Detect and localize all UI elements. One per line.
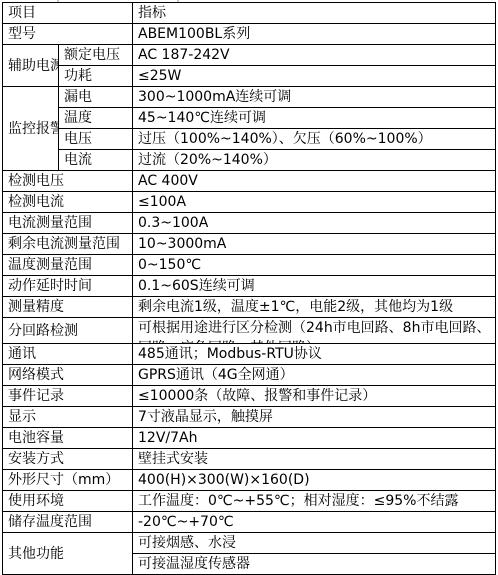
row-label: 事件记录 bbox=[3, 386, 133, 407]
row-value: ≤25W bbox=[133, 66, 496, 87]
table-row: 温度测量范围0~150℃ bbox=[3, 255, 496, 276]
table-row: 监控报警漏电300~1000mA连续可调 bbox=[3, 87, 496, 108]
table-row: 温度45~140℃连续可调 bbox=[3, 108, 496, 129]
row-label: 剩余电流测量范围 bbox=[3, 234, 133, 255]
row-label: 显示 bbox=[3, 407, 133, 428]
row-value: 0.1~60S连续可调 bbox=[133, 276, 496, 297]
table-row: 分回路检测可根据用途进行区分检测（24h市电回路、8h市电回路、定时回路、应急回… bbox=[3, 318, 496, 344]
row-label: 功耗 bbox=[59, 66, 133, 87]
table-row: 电池容量12V/7Ah bbox=[3, 428, 496, 449]
table-row: 辅助电源额定电压AC 187-242V bbox=[3, 45, 496, 66]
row-value: 剩余电流1级，温度±1℃，电能2级，其他均为1级 bbox=[133, 297, 496, 318]
row-label: 测量精度 bbox=[3, 297, 133, 318]
row-value: ≤100A bbox=[133, 192, 496, 213]
row-value: 485通讯；Modbus-RTU协议 bbox=[133, 344, 496, 365]
group-label: 其他功能 bbox=[3, 533, 133, 575]
row-label: 项目 bbox=[3, 3, 133, 24]
row-value: 壁挂式安装 bbox=[133, 449, 496, 470]
row-label: 温度 bbox=[59, 108, 133, 129]
row-value: 10~3000mA bbox=[133, 234, 496, 255]
table-row: 安装方式壁挂式安装 bbox=[3, 449, 496, 470]
table-row: 检测电流≤100A bbox=[3, 192, 496, 213]
row-value: 400(H)×300(W)×160(D) bbox=[133, 470, 496, 491]
row-value: ≤10000条（故障、报警和事件记录） bbox=[133, 386, 496, 407]
table-row: 电流过流（20%~140%） bbox=[3, 150, 496, 171]
document-page: 项目指标型号ABEM100BL系列辅助电源额定电压AC 187-242V功耗≤2… bbox=[0, 0, 498, 575]
row-label: 外形尺寸（mm） bbox=[3, 470, 133, 491]
row-label: 额定电压 bbox=[59, 45, 133, 66]
row-label: 漏电 bbox=[59, 87, 133, 108]
row-value: 过压（100%~140%）、欠压（60%~100%） bbox=[133, 129, 496, 150]
table-row: 电压过压（100%~140%）、欠压（60%~100%） bbox=[3, 129, 496, 150]
table-row: 剩余电流测量范围10~3000mA bbox=[3, 234, 496, 255]
row-label: 检测电压 bbox=[3, 171, 133, 192]
table-row: 测量精度剩余电流1级，温度±1℃，电能2级，其他均为1级 bbox=[3, 297, 496, 318]
row-label: 储存温度范围 bbox=[3, 512, 133, 533]
row-value: 45~140℃连续可调 bbox=[133, 108, 496, 129]
row-label: 电流 bbox=[59, 150, 133, 171]
table-row: 显示7寸液晶显示，触摸屏 bbox=[3, 407, 496, 428]
row-label: 使用环境 bbox=[3, 491, 133, 512]
row-label: 安装方式 bbox=[3, 449, 133, 470]
table-row: 事件记录≤10000条（故障、报警和事件记录） bbox=[3, 386, 496, 407]
row-value: AC 187-242V bbox=[133, 45, 496, 66]
row-label: 型号 bbox=[3, 24, 133, 45]
row-value: 12V/7Ah bbox=[133, 428, 496, 449]
row-value: 过流（20%~140%） bbox=[133, 150, 496, 171]
group-label: 辅助电源 bbox=[3, 45, 59, 87]
group-label: 监控报警 bbox=[3, 87, 59, 171]
row-value: 7寸液晶显示，触摸屏 bbox=[133, 407, 496, 428]
row-label: 电压 bbox=[59, 129, 133, 150]
row-label: 电流测量范围 bbox=[3, 213, 133, 234]
table-row: 通讯485通讯；Modbus-RTU协议 bbox=[3, 344, 496, 365]
row-label: 温度测量范围 bbox=[3, 255, 133, 276]
table-row: 其他功能可接烟感、水浸 bbox=[3, 533, 496, 554]
table-row: 项目指标 bbox=[3, 3, 496, 24]
row-value: GPRS通讯（4G全网通） bbox=[133, 365, 496, 386]
spec-table-body: 项目指标型号ABEM100BL系列辅助电源额定电压AC 187-242V功耗≤2… bbox=[3, 3, 496, 575]
row-label: 电池容量 bbox=[3, 428, 133, 449]
row-label: 动作延时时间 bbox=[3, 276, 133, 297]
row-value: 可根据用途进行区分检测（24h市电回路、8h市电回路、定时回路、应急回路、其他回… bbox=[133, 318, 496, 344]
spec-table: 项目指标型号ABEM100BL系列辅助电源额定电压AC 187-242V功耗≤2… bbox=[2, 2, 496, 575]
row-value-line2-clipped: 回路、应急回路、其他回路） bbox=[138, 338, 490, 343]
table-row: 使用环境工作温度：0℃~+55℃；相对湿度：≤95%不结露 bbox=[3, 491, 496, 512]
table-row: 动作延时时间0.1~60S连续可调 bbox=[3, 276, 496, 297]
table-row: 检测电压AC 400V bbox=[3, 171, 496, 192]
table-row: 外形尺寸（mm）400(H)×300(W)×160(D) bbox=[3, 470, 496, 491]
row-value-line1: 可根据用途进行区分检测（24h市电回路、8h市电回路、定时 bbox=[138, 318, 490, 338]
row-label: 网络模式 bbox=[3, 365, 133, 386]
row-value: -20℃~+70℃ bbox=[133, 512, 496, 533]
table-row: 电流测量范围0.3~100A bbox=[3, 213, 496, 234]
table-row: 功耗≤25W bbox=[3, 66, 496, 87]
row-value: 0.3~100A bbox=[133, 213, 496, 234]
row-label: 分回路检测 bbox=[3, 318, 133, 344]
row-value: 0~150℃ bbox=[133, 255, 496, 276]
table-row: 网络模式GPRS通讯（4G全网通） bbox=[3, 365, 496, 386]
row-value: AC 400V bbox=[133, 171, 496, 192]
row-value: ABEM100BL系列 bbox=[133, 24, 496, 45]
row-value: 指标 bbox=[133, 3, 496, 24]
row-value: 工作温度：0℃~+55℃；相对湿度：≤95%不结露 bbox=[133, 491, 496, 512]
row-value: 可接烟感、水浸 bbox=[133, 533, 496, 554]
row-label: 检测电流 bbox=[3, 192, 133, 213]
table-row: 型号ABEM100BL系列 bbox=[3, 24, 496, 45]
row-value: 可接温湿度传感器 bbox=[133, 554, 496, 575]
row-value: 300~1000mA连续可调 bbox=[133, 87, 496, 108]
table-row: 储存温度范围-20℃~+70℃ bbox=[3, 512, 496, 533]
row-label: 通讯 bbox=[3, 344, 133, 365]
